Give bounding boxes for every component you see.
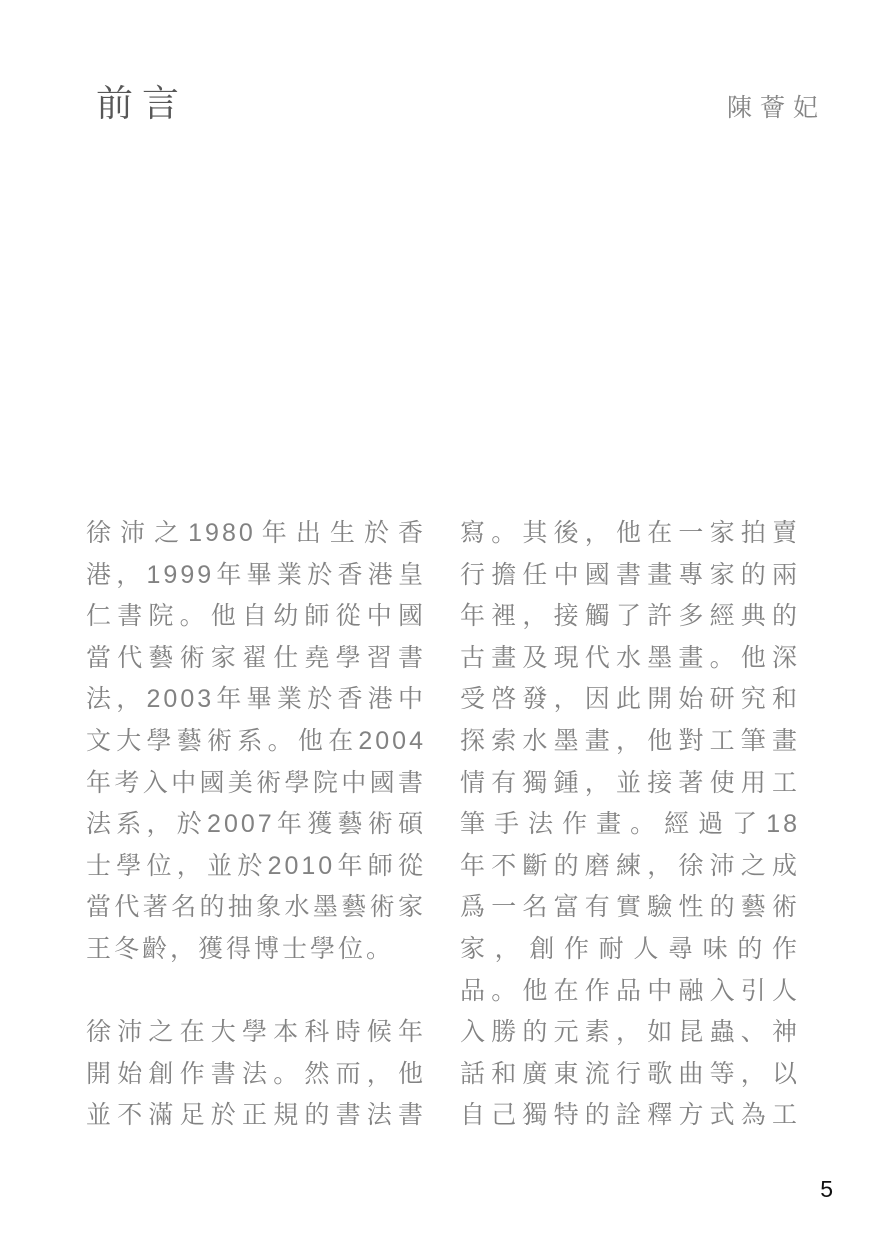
text-line: 年不斷的磨練，徐沛之成 [460, 846, 800, 888]
text-line: 法系，於2007年獲藝術碩 [86, 804, 426, 846]
text-line: 開始創作書法。然而，他 [86, 1054, 426, 1096]
text-line: 當代著名的抽象水墨藝術家 [86, 887, 426, 929]
text-line: 情有獨鍾，並接著使用工 [460, 763, 800, 805]
text-line: 仁書院。他自幼師從中國 [86, 596, 426, 638]
text-line: 品。他在作品中融入引人 [460, 971, 800, 1013]
paragraph: 寫。其後，他在一家拍賣行擔任中國書畫專家的兩年裡，接觸了許多經典的古畫及現代水墨… [460, 513, 800, 1137]
text-line: 文大學藝術系。他在2004 [86, 721, 426, 763]
text-line: 徐沛之1980年出生於香 [86, 513, 426, 555]
text-line: 徐沛之在大學本科時候年 [86, 1012, 426, 1054]
paragraph: 徐沛之1980年出生於香港，1999年畢業於香港皇仁書院。他自幼師從中國當代藝術… [86, 513, 426, 971]
text-line: 探索水墨畫，他對工筆畫 [460, 721, 800, 763]
document-page: 前言 陳薈妃 徐沛之1980年出生於香港，1999年畢業於香港皇仁書院。他自幼師… [0, 0, 874, 1240]
text-line: 士學位，並於2010年師從 [86, 846, 426, 888]
text-line: 筆手法作畫。經過了18 [460, 804, 800, 846]
text-line: 受啓發，因此開始研究和 [460, 679, 800, 721]
text-line: 年考入中國美術學院中國書 [86, 763, 426, 805]
right-column: 寫。其後，他在一家拍賣行擔任中國書畫專家的兩年裡，接觸了許多經典的古畫及現代水墨… [460, 513, 800, 1137]
text-line: 家，創作耐人尋味的作 [460, 929, 800, 971]
text-line: 年裡，接觸了許多經典的 [460, 596, 800, 638]
paragraph: 徐沛之在大學本科時候年開始創作書法。然而，他並不滿足於正規的書法書 [86, 1012, 426, 1137]
text-line: 古畫及現代水墨畫。他深 [460, 638, 800, 680]
text-line: 當代藝術家翟仕堯學習書 [86, 638, 426, 680]
text-line: 入勝的元素，如昆蟲、神 [460, 1012, 800, 1054]
text-columns: 徐沛之1980年出生於香港，1999年畢業於香港皇仁書院。他自幼師從中國當代藝術… [86, 513, 800, 1137]
text-line: 法，2003年畢業於香港中 [86, 679, 426, 721]
left-column: 徐沛之1980年出生於香港，1999年畢業於香港皇仁書院。他自幼師從中國當代藝術… [86, 513, 426, 1137]
page-title: 前言 [96, 82, 188, 126]
author-name: 陳薈妃 [727, 93, 826, 123]
text-line: 港，1999年畢業於香港皇 [86, 555, 426, 597]
page-number: 5 [820, 1176, 833, 1203]
text-line: 王冬齡，獲得博士學位。 [86, 929, 426, 971]
text-line: 爲一名富有實驗性的藝術 [460, 887, 800, 929]
text-line: 話和廣東流行歌曲等，以 [460, 1054, 800, 1096]
text-line: 自己獨特的詮釋方式為工 [460, 1095, 800, 1137]
text-line: 寫。其後，他在一家拍賣 [460, 513, 800, 555]
text-line: 行擔任中國書畫專家的兩 [460, 555, 800, 597]
text-line: 並不滿足於正規的書法書 [86, 1095, 426, 1137]
